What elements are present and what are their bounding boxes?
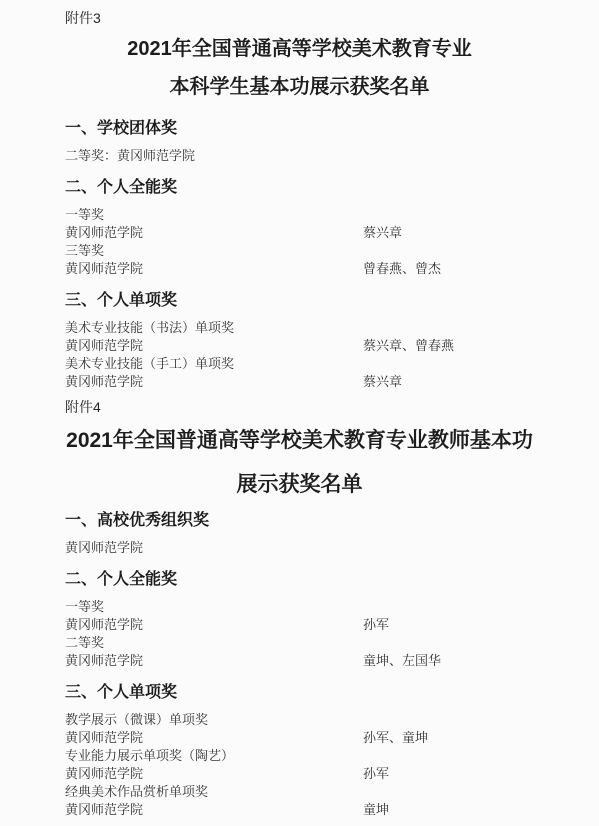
award-category-label: 美术专业技能（书法）单项奖 [65, 319, 363, 337]
winner-names [363, 355, 569, 373]
award-row: 美术专业技能（书法）单项奖 [65, 319, 569, 337]
award-row: 专业能力展示单项奖（陶艺） [65, 747, 569, 765]
award-row: 黄冈师范学院 蔡兴章、曾春燕 [65, 337, 569, 355]
award-category-label: 专业能力展示单项奖（陶艺） [65, 747, 363, 765]
institution-name: 黄冈师范学院 [65, 652, 363, 670]
document-page: 附件3 2021年全国普通高等学校美术教育专业 本科学生基本功展示获奖名单 一、… [0, 0, 599, 819]
award-row: 黄冈师范学院 蔡兴章 [65, 373, 569, 391]
award-row: 三等奖 [65, 242, 569, 260]
award-row: 经典美术作品赏析单项奖 [65, 783, 569, 801]
award-row: 教学展示（微课）单项奖 [65, 711, 569, 729]
award-row: 一等奖 [65, 206, 569, 224]
award-row: 黄冈师范学院 孙军、童坤 [65, 729, 569, 747]
award-row: 黄冈师范学院 童坤、左国华 [65, 652, 569, 670]
winner-names [363, 206, 569, 224]
attachment4-label: 附件4 [65, 397, 599, 417]
institution-name: 黄冈师范学院 [65, 616, 363, 634]
winner-names [363, 783, 569, 801]
award-tier-label: 一等奖 [65, 598, 363, 616]
award-row: 黄冈师范学院 [65, 539, 569, 557]
attachment3-title-line1: 2021年全国普通高等学校美术教育专业 [0, 30, 599, 68]
award-category-label: 经典美术作品赏析单项奖 [65, 783, 363, 801]
award-row: 黄冈师范学院 孙军 [65, 765, 569, 783]
award-category-label: 美术专业技能（手工）单项奖 [65, 355, 363, 373]
institution-name: 黄冈师范学院 [65, 260, 363, 278]
award-row: 黄冈师范学院 曾春燕、曾杰 [65, 260, 569, 278]
winner-names: 孙军、童坤 [363, 729, 569, 747]
winner-names [363, 598, 569, 616]
award-row: 二等奖：黄冈师范学院 [65, 147, 569, 165]
award-tier-label: 三等奖 [65, 242, 363, 260]
institution-name: 黄冈师范学院 [65, 729, 363, 747]
award-row: 黄冈师范学院 蔡兴章 [65, 224, 569, 242]
attachment3-title: 2021年全国普通高等学校美术教育专业 本科学生基本功展示获奖名单 [0, 30, 599, 106]
attachment-3: 附件3 2021年全国普通高等学校美术教育专业 本科学生基本功展示获奖名单 一、… [0, 8, 599, 391]
institution-name: 黄冈师范学院 [65, 765, 363, 783]
award-row: 一等奖 [65, 598, 569, 616]
winner-names: 蔡兴章 [363, 224, 569, 242]
winner-names [363, 711, 569, 729]
award-row: 黄冈师范学院 孙军 [65, 616, 569, 634]
award-tier-and-institution: 二等奖：黄冈师范学院 [65, 147, 363, 165]
winner-names: 孙军 [363, 616, 569, 634]
winner-names: 蔡兴章 [363, 373, 569, 391]
winner-names: 蔡兴章、曾春燕 [363, 337, 569, 355]
winner-names: 孙军 [363, 765, 569, 783]
attachment-4: 附件4 2021年全国普通高等学校美术教育专业教师基本功 展示获奖名单 一、高校… [0, 397, 599, 819]
section-heading-individual-single-award: 三、个人单项奖 [65, 290, 599, 312]
award-tier-label: 二等奖 [65, 634, 363, 652]
award-tier-label: 一等奖 [65, 206, 363, 224]
section-heading-school-group-award: 一、学校团体奖 [65, 118, 599, 140]
award-row: 黄冈师范学院 童坤 [65, 801, 569, 819]
institution-name: 黄冈师范学院 [65, 337, 363, 355]
winner-names [363, 147, 569, 165]
winner-names [363, 242, 569, 260]
winner-names [363, 747, 569, 765]
award-category-label: 教学展示（微课）单项奖 [65, 711, 363, 729]
winner-names: 曾春燕、曾杰 [363, 260, 569, 278]
attachment4-title: 2021年全国普通高等学校美术教育专业教师基本功 展示获奖名单 [0, 419, 599, 507]
winner-names [363, 634, 569, 652]
award-row: 美术专业技能（手工）单项奖 [65, 355, 569, 373]
winner-names: 童坤 [363, 801, 569, 819]
section-heading-university-organization-award: 一、高校优秀组织奖 [65, 510, 599, 532]
attachment3-title-line2: 本科学生基本功展示获奖名单 [0, 68, 599, 106]
section-heading-individual-allround-award: 二、个人全能奖 [65, 569, 599, 591]
attachment4-title-line2: 展示获奖名单 [0, 463, 599, 507]
institution-name: 黄冈师范学院 [65, 801, 363, 819]
institution-name: 黄冈师范学院 [65, 373, 363, 391]
section-heading-individual-single-award: 三、个人单项奖 [65, 682, 599, 704]
attachment3-label: 附件3 [65, 8, 599, 28]
winner-names [363, 539, 569, 557]
award-row: 二等奖 [65, 634, 569, 652]
section-heading-individual-allround-award: 二、个人全能奖 [65, 177, 599, 199]
attachment4-title-line1: 2021年全国普通高等学校美术教育专业教师基本功 [0, 419, 599, 463]
institution-name: 黄冈师范学院 [65, 224, 363, 242]
winner-names [363, 319, 569, 337]
institution-name: 黄冈师范学院 [65, 539, 363, 557]
winner-names: 童坤、左国华 [363, 652, 569, 670]
